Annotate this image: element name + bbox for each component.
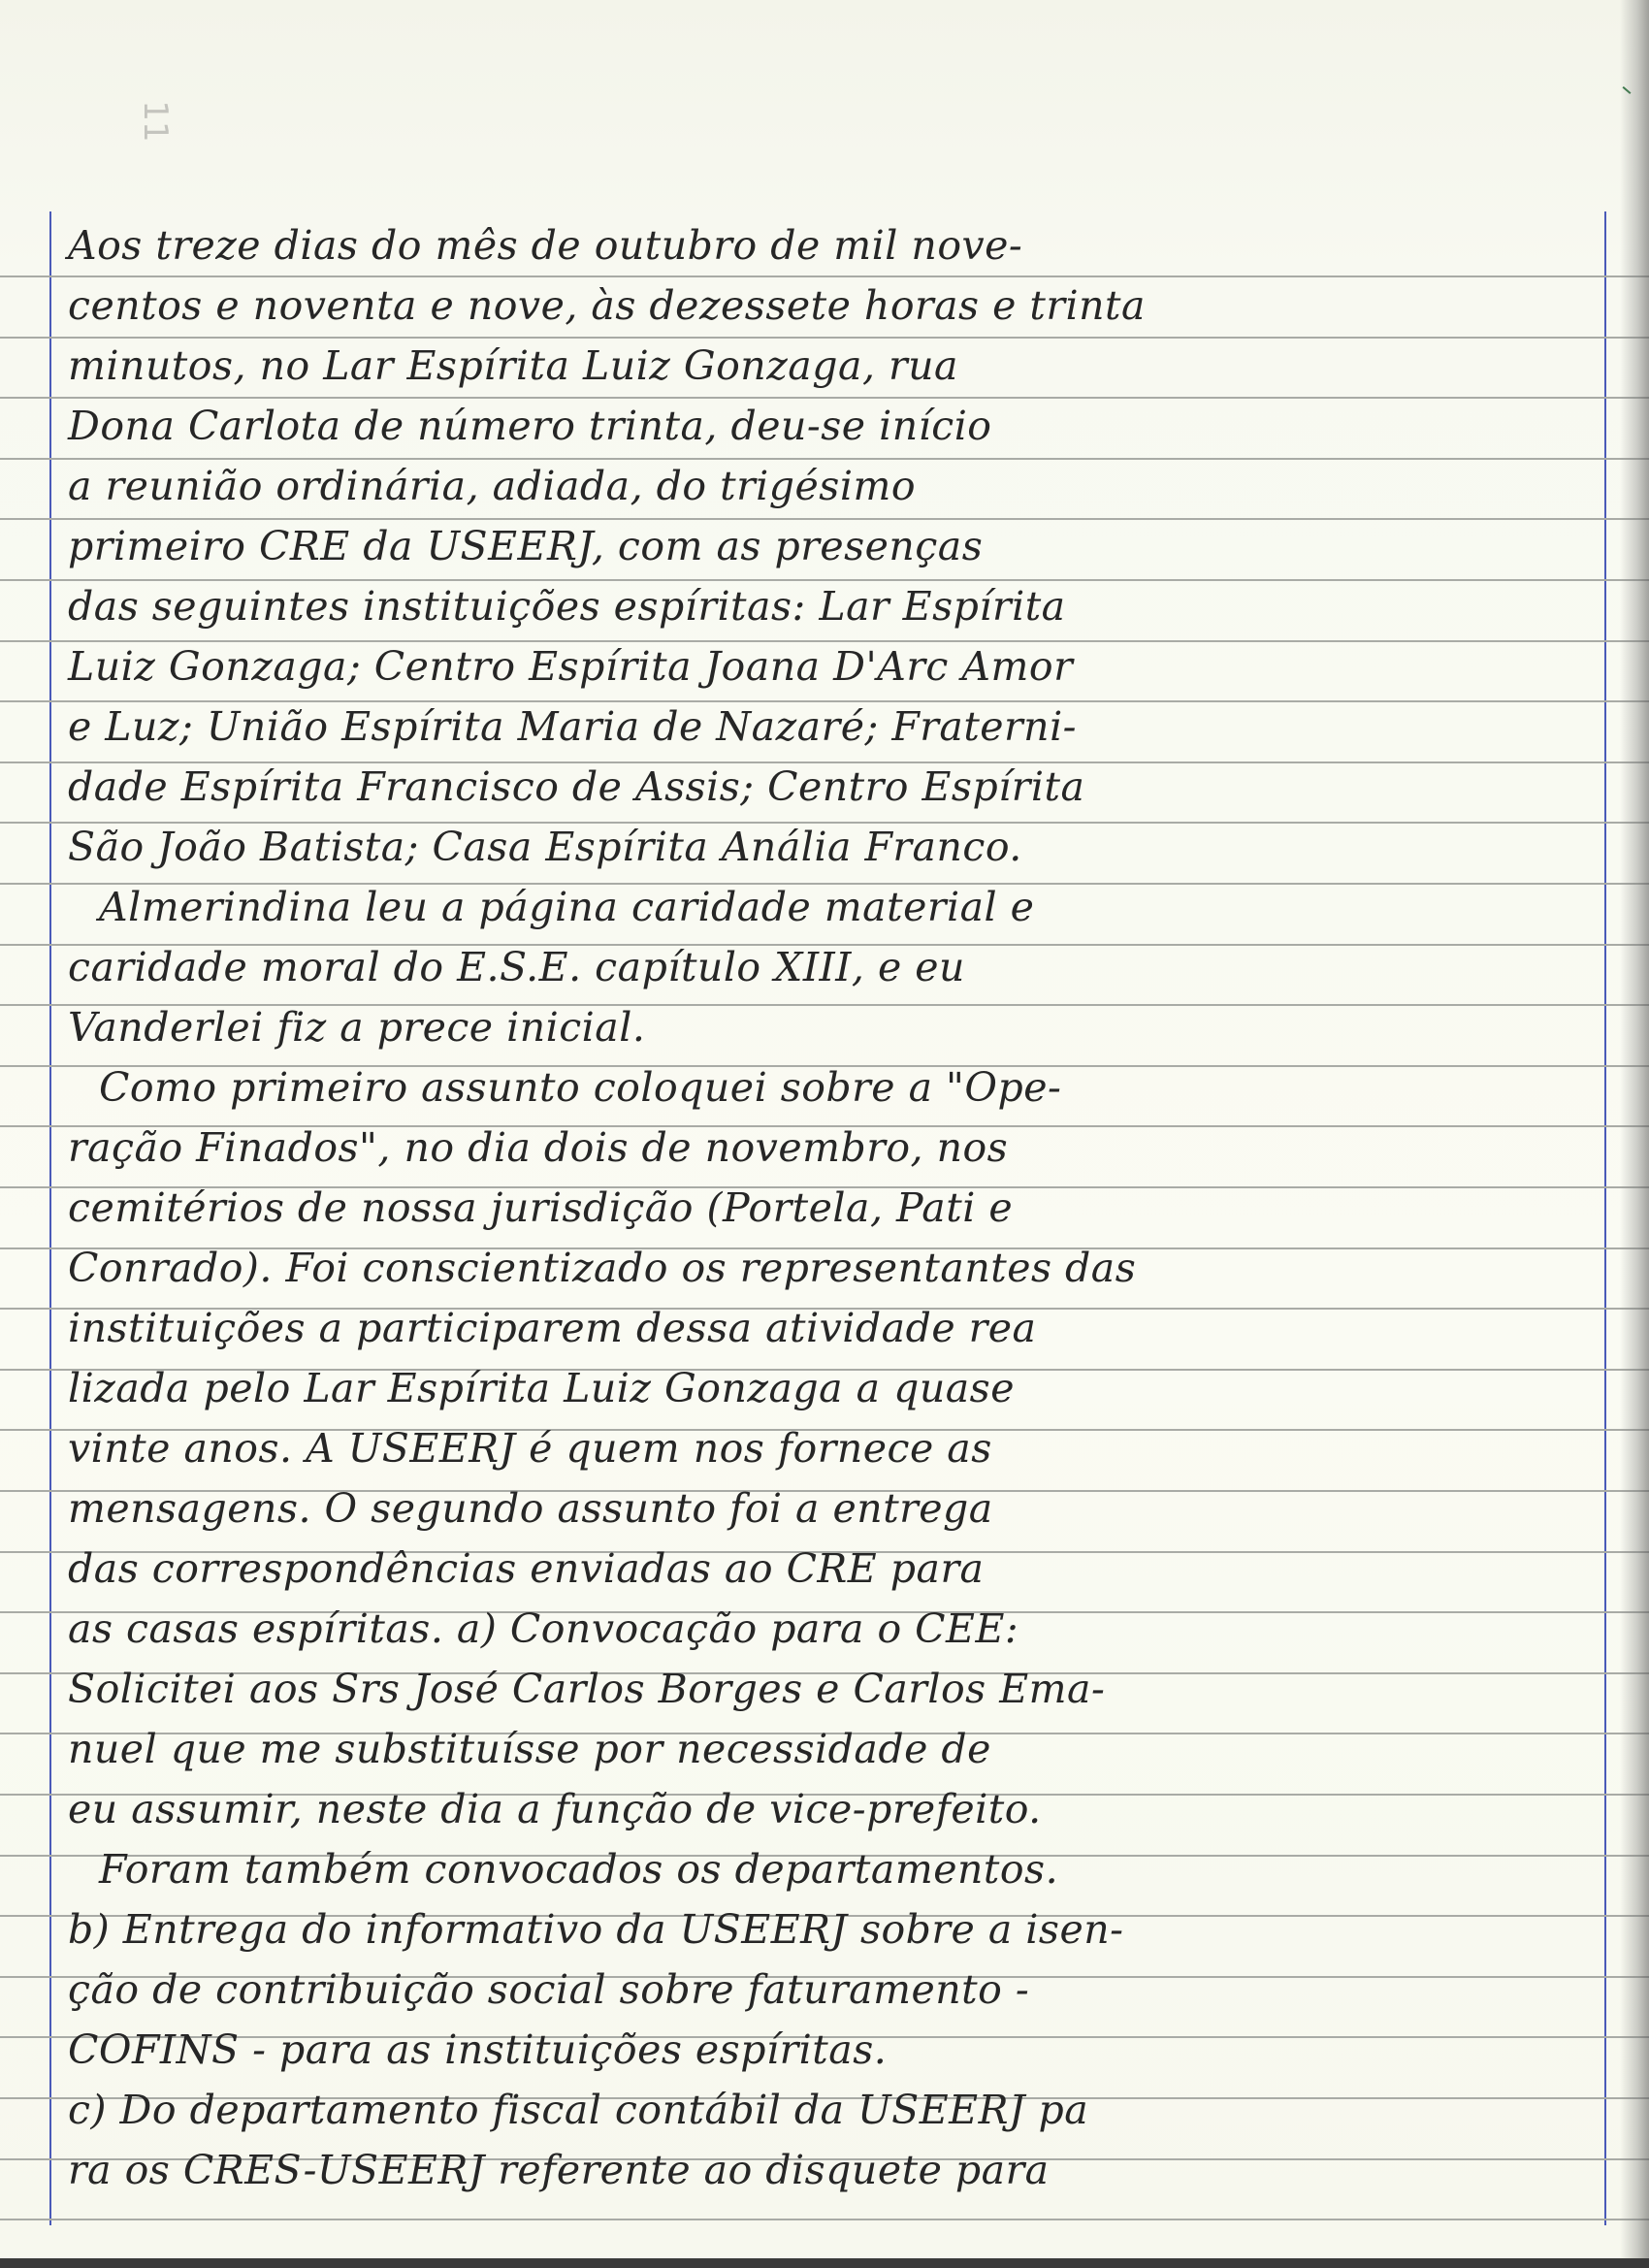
text-line: ção de contribuição social sobre faturam… — [60, 1960, 1602, 2020]
text-line: centos e noventa e nove, às dezessete ho… — [60, 275, 1602, 336]
text-line: das correspondências enviadas ao CRE par… — [60, 1539, 1602, 1599]
text-line: ra os CRES-USEERJ referente ao disquete … — [60, 2140, 1602, 2200]
ruled-line — [0, 2219, 1649, 2220]
text-line: Aos treze dias do mês de outubro de mil … — [60, 215, 1602, 275]
left-margin-line — [49, 211, 51, 2225]
text-line: cemitérios de nossa jurisdição (Portela,… — [60, 1178, 1602, 1238]
paragraph-start-line: Almerindina leu a página caridade materi… — [60, 877, 1602, 937]
text-line: instituições a participarem dessa ativid… — [60, 1298, 1602, 1358]
text-line: mensagens. O segundo assunto foi a entre… — [60, 1478, 1602, 1539]
text-line: vinte anos. A USEERJ é quem nos fornece … — [60, 1418, 1602, 1478]
text-line: das seguintes instituições espíritas: La… — [60, 576, 1602, 636]
list-item-line: c) Do departamento fiscal contábil da US… — [60, 2080, 1602, 2140]
text-line: COFINS - para as instituições espíritas. — [60, 2020, 1602, 2080]
right-margin-line — [1604, 211, 1606, 2225]
page-edge-shadow — [1620, 0, 1649, 2258]
notebook-page: 11 Aos treze dias do mês de outubro de m… — [0, 0, 1649, 2258]
text-line: primeiro CRE da USEERJ, com as presenças — [60, 516, 1602, 576]
paragraph-start-line: Foram também convocados os departamentos… — [60, 1839, 1602, 1899]
text-line: São João Batista; Casa Espírita Anália F… — [60, 817, 1602, 877]
text-line: a reunião ordinária, adiada, do trigésim… — [60, 456, 1602, 516]
text-line: eu assumir, neste dia a função de vice-p… — [60, 1779, 1602, 1839]
page-number-pencil-mark: 11 — [68, 92, 175, 150]
scanner-bottom-edge — [0, 2258, 1649, 2268]
text-line: dade Espírita Francisco de Assis; Centro… — [60, 757, 1602, 817]
handwritten-text-block: Aos treze dias do mês de outubro de mil … — [60, 215, 1602, 2200]
list-item-line: b) Entrega do informativo da USEERJ sobr… — [60, 1899, 1602, 1960]
text-line: Vanderlei fiz a prece inicial. — [60, 997, 1602, 1057]
text-line: as casas espíritas. a) Convocação para o… — [60, 1599, 1602, 1659]
text-line: Luiz Gonzaga; Centro Espírita Joana D'Ar… — [60, 636, 1602, 697]
text-line: minutos, no Lar Espírita Luiz Gonzaga, r… — [60, 336, 1602, 396]
text-line: Dona Carlota de número trinta, deu-se in… — [60, 396, 1602, 456]
text-line: nuel que me substituísse por necessidade… — [60, 1719, 1602, 1779]
paragraph-start-line: Como primeiro assunto coloquei sobre a "… — [60, 1057, 1602, 1118]
text-line: lizada pelo Lar Espírita Luiz Gonzaga a … — [60, 1358, 1602, 1418]
text-line: Solicitei aos Srs José Carlos Borges e C… — [60, 1659, 1602, 1719]
text-line: e Luz; União Espírita Maria de Nazaré; F… — [60, 697, 1602, 757]
text-line: Conrado). Foi conscientizado os represen… — [60, 1238, 1602, 1298]
text-line: ração Finados", no dia dois de novembro,… — [60, 1118, 1602, 1178]
text-line: caridade moral do E.S.E. capítulo XIII, … — [60, 937, 1602, 997]
